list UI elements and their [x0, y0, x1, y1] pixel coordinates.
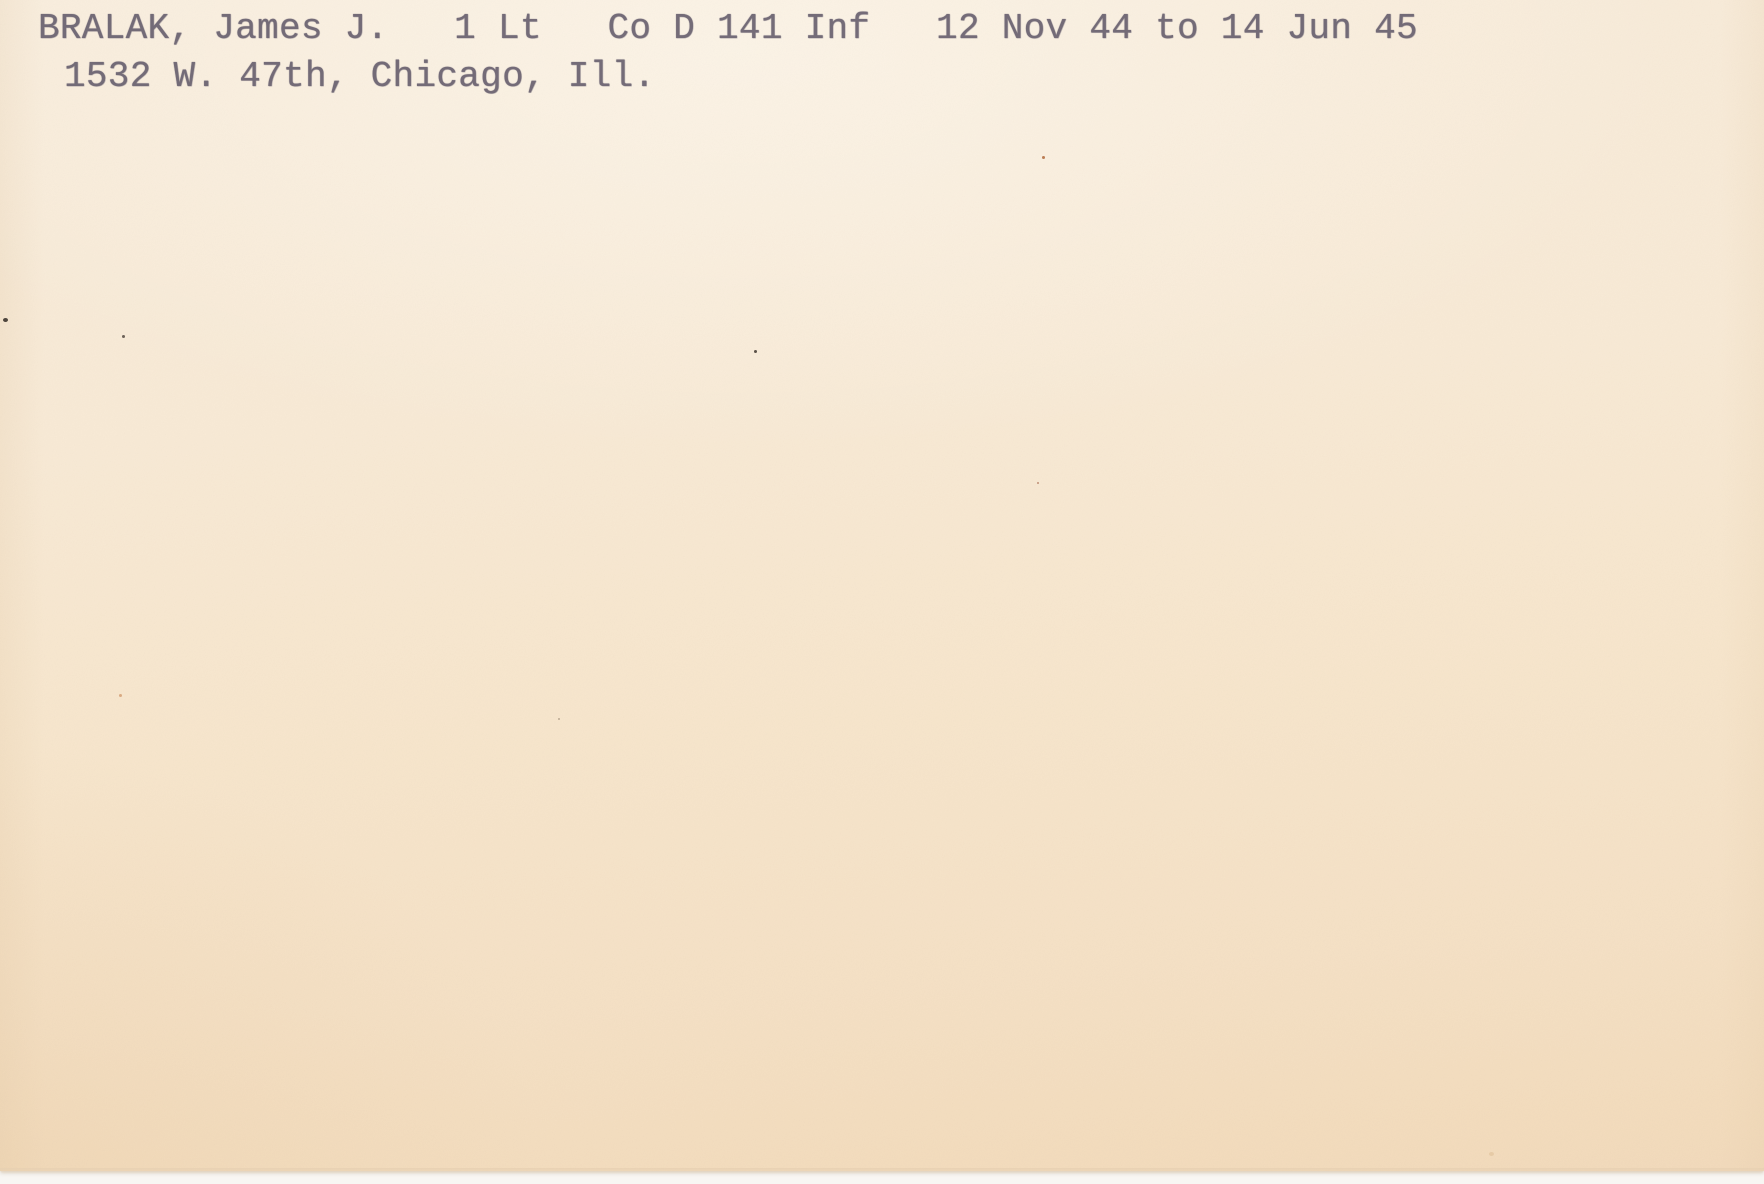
index-card: BRALAK, James J. 1 Lt Co D 141 Inf 12 No… [0, 0, 1764, 1171]
paper-speck [1042, 156, 1045, 159]
paper-speck [122, 335, 125, 338]
typed-line-address: 1532 W. 47th, Chicago, Ill. [64, 59, 655, 95]
paper-grain-texture [0, 0, 1764, 1171]
typed-line-name-rank-unit-dates: BRALAK, James J. 1 Lt Co D 141 Inf 12 No… [38, 11, 1418, 47]
paper-speck [754, 350, 757, 353]
paper-speck [1037, 482, 1039, 484]
paper-speck [558, 718, 560, 720]
paper-speck [3, 318, 8, 322]
paper-speck [1489, 1152, 1494, 1156]
scanner-background: BRALAK, James J. 1 Lt Co D 141 Inf 12 No… [0, 0, 1764, 1184]
paper-speck [119, 694, 122, 697]
